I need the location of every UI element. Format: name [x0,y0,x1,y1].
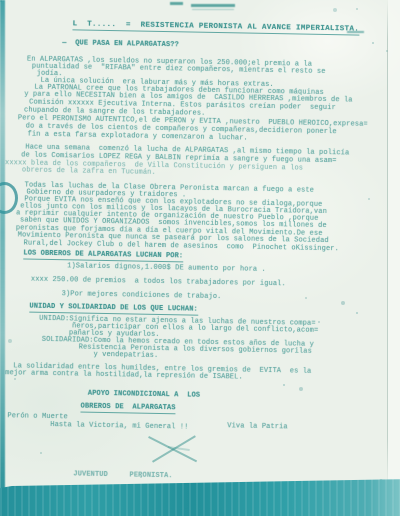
text-line: mejor arma contra la hostilidad,la repre… [5,370,243,381]
title-underline-dash [347,31,364,33]
top-edge-mark [170,2,183,5]
text-line: fin a esta farsa explotadora y comenzaro… [27,132,247,143]
support-line-1: APOYO INCONDICIONAL A LOS [88,391,200,400]
demand-3: 3)Por mejores condiciones de trabajo. [62,291,222,301]
text-line: obreros de la zafra en Tucumán. [22,167,156,176]
document-title: L T..... = RESISTENCIA PERONISTA AL AVAN… [72,21,359,35]
footer-organization: JUVENTUD PERONISTA. [73,471,173,480]
slogan-viva-la-patria: Viva la Patria [227,423,288,431]
demand-2: xxxx 250.00 de premios a todos los traba… [31,277,286,289]
demand-1: 1)Salarios dignos,1.000$ DE aumento por … [67,263,266,274]
scanner-edge-left [0,0,5,516]
section-heading-unity: UNIDAD Y SOLIDARIDAD DE LOS QUE LUCHAN: [29,304,198,316]
scanned-document-page: L T..... = RESISTENCIA PERONISTA AL AVAN… [0,0,400,516]
page-outer-margin [388,0,400,488]
support-line-2: OBREROS DE ALPARGATAS [80,404,175,415]
section-heading-demands: LOS OBREROS DE ALPARGATAS LUCHAN POR: [23,250,183,262]
slogan-peron-o-muerte: Perón o Muerte [7,413,68,421]
text-layer: L T..... = RESISTENCIA PERONISTA AL AVAN… [0,0,400,516]
document-subtitle: — QUE PASA EN ALPARGATAS?? [62,40,179,49]
top-edge-mark [191,4,235,7]
text-line: y vendepatrias. [93,352,158,360]
slogan-hasta-la-victoria: Hasta la Victoria, mi General !! [50,422,188,432]
